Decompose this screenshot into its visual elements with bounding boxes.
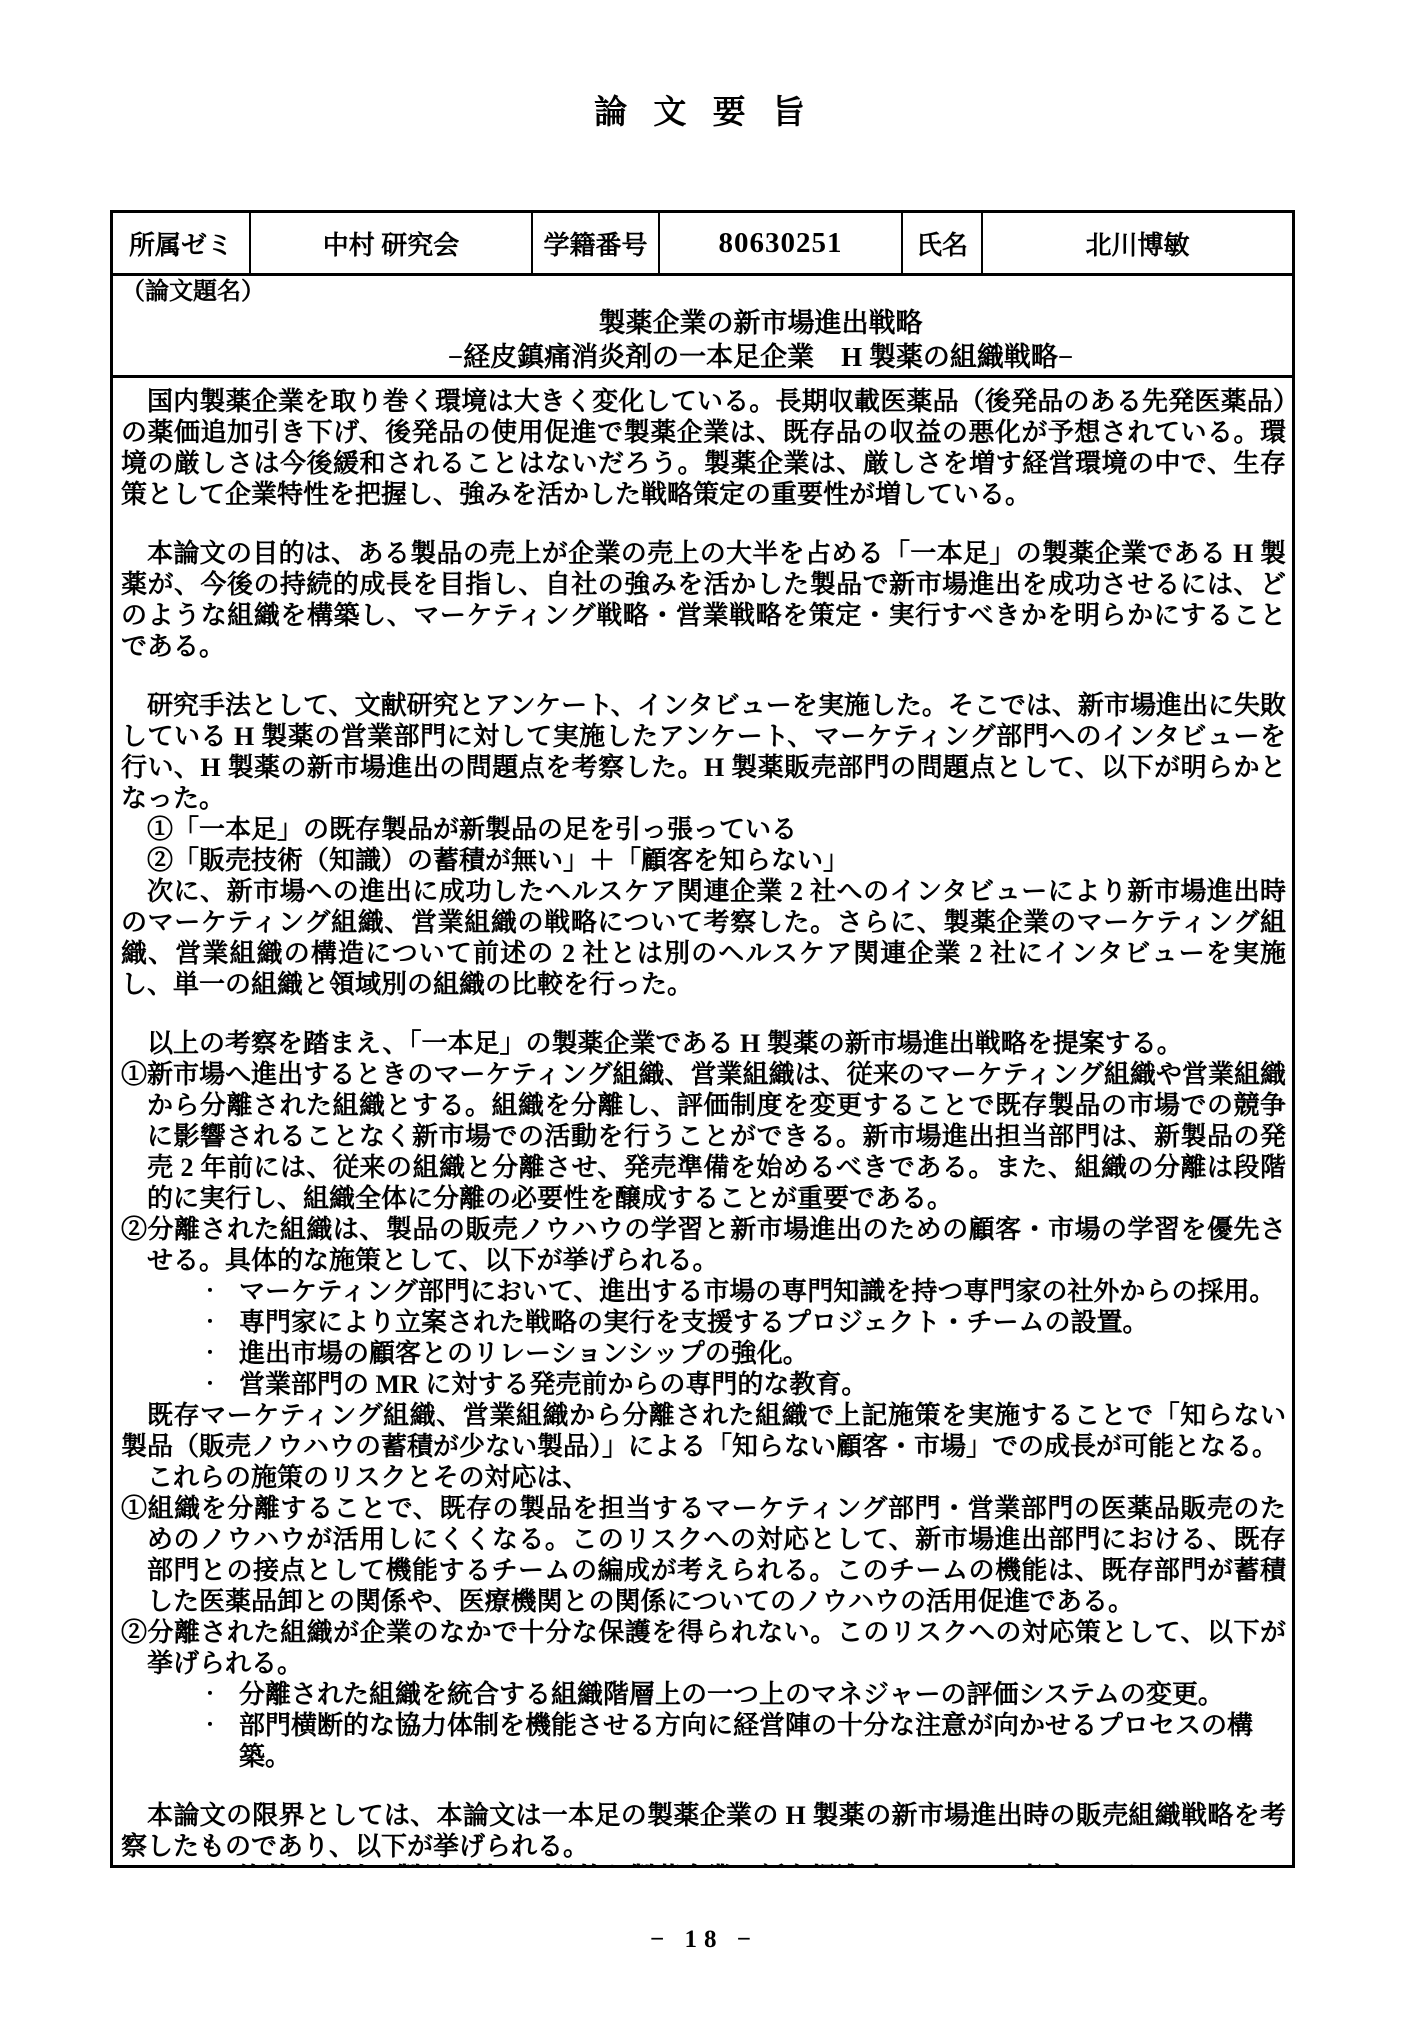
bullet-text: 進出市場の顧客とのリレーションシップの強化。 — [239, 1338, 1286, 1369]
name-value: 北川博敏 — [983, 213, 1292, 273]
abstract-paragraph: ・営業部門の MR に対する発売前からの専門的な教育。 — [201, 1369, 1286, 1400]
abstract-paragraph: ・専門家により立案された戦略の実行を支援するプロジェクト・チームの設置。 — [201, 1307, 1286, 1338]
bullet-marker: ・ — [201, 1338, 239, 1369]
abstract-paragraph: ①組織を分離することで、既存の製品を担当するマーケティング部門・営業部門の医薬品… — [121, 1493, 1286, 1617]
thesis-title: 製薬企業の新市場進出戦略 −経皮鎮痛消炎剤の一本足企業 H 製薬の組織戦略− — [179, 306, 1342, 374]
abstract-paragraph: ①新市場へ進出するときのマーケティング組織、営業組織は、従来のマーケティング組織… — [121, 1059, 1286, 1214]
abstract-body: 国内製薬企業を取り巻く環境は大きく変化している。長期収載医薬品（後発品のある先発… — [113, 378, 1292, 1865]
abstract-paragraph: 本論文の限界としては、本論文は一本足の製薬企業の H 製薬の新市場進出時の販売組… — [121, 1800, 1286, 1862]
thesis-title-section-label: （論文題名） — [121, 279, 1284, 306]
bullet-text: 専門家により立案された戦略の実行を支援するプロジェクト・チームの設置。 — [239, 1307, 1286, 1338]
bullet-marker: ・ — [201, 1307, 239, 1338]
abstract-paragraph: 本論文の目的は、ある製品の売上が企業の売上の大半を占める「一本足」の製薬企業であ… — [121, 538, 1286, 662]
header-row: 所属ゼミ 中村 研究会 学籍番号 80630251 氏名 北川博敏 — [113, 213, 1292, 276]
abstract-paragraph: ②分離された組織が企業のなかで十分な保護を得られない。このリスクへの対応策として… — [121, 1617, 1286, 1679]
bullet-text: 部門横断的な協力体制を機能させる方向に経営陣の十分な注意が向かせるプロセスの構築… — [239, 1710, 1286, 1772]
blank-line — [121, 510, 1286, 538]
abstract-paragraph: ・複数の領域の製品を持つ一般的な製薬企業の新市場進出についての考察ではない。 — [201, 1862, 1286, 1865]
bullet-marker: ・ — [201, 1369, 239, 1400]
bullet-marker: ・ — [201, 1679, 239, 1710]
bullet-text: マーケティング部門において、進出する市場の専門知識を持つ専門家の社外からの採用。 — [239, 1276, 1286, 1307]
thesis-title-line2: −経皮鎮痛消炎剤の一本足企業 H 製薬の組織戦略− — [179, 340, 1342, 374]
abstract-paragraph: ・マーケティング部門において、進出する市場の専門知識を持つ専門家の社外からの採用… — [201, 1276, 1286, 1307]
thesis-title-line1: 製薬企業の新市場進出戦略 — [179, 306, 1342, 340]
blank-line — [121, 662, 1286, 690]
student-id-label: 学籍番号 — [533, 213, 660, 273]
abstract-paragraph: 研究手法として、文献研究とアンケート、インタビューを実施した。そこでは、新市場進… — [121, 690, 1286, 814]
bullet-text: 分離された組織を統合する組織階層上の一つ上のマネジャーの評価システムの変更。 — [239, 1679, 1286, 1710]
blank-line — [121, 1000, 1286, 1028]
abstract-table: 所属ゼミ 中村 研究会 学籍番号 80630251 氏名 北川博敏 （論文題名）… — [110, 210, 1295, 1868]
abstract-paragraph: 次に、新市場への進出に成功したヘルスケア関連企業 2 社へのインタビューにより新… — [121, 876, 1286, 1000]
student-id-value: 80630251 — [660, 213, 903, 273]
abstract-paragraph: ①「一本足」の既存製品が新製品の足を引っ張っている — [121, 814, 1286, 845]
bullet-text: 営業部門の MR に対する発売前からの専門的な教育。 — [239, 1369, 1286, 1400]
abstract-paragraph: ・部門横断的な協力体制を機能させる方向に経営陣の十分な注意が向かせるプロセスの構… — [201, 1710, 1286, 1772]
abstract-paragraph: 既存マーケティング組織、営業組織から分離された組織で上記施策を実施することで「知… — [121, 1400, 1286, 1462]
page-title: 論 文 要 旨 — [0, 86, 1408, 133]
document-page: { "page": { "title": "論 文 要 旨", "page_nu… — [0, 0, 1408, 2023]
abstract-paragraph: ②分離された組織は、製品の販売ノウハウの学習と新市場進出のための顧客・市場の学習… — [121, 1214, 1286, 1276]
bullet-marker: ・ — [201, 1862, 239, 1865]
abstract-paragraph: ・分離された組織を統合する組織階層上の一つ上のマネジャーの評価システムの変更。 — [201, 1679, 1286, 1710]
bullet-marker: ・ — [201, 1276, 239, 1307]
blank-line — [121, 1772, 1286, 1800]
abstract-paragraph: これらの施策のリスクとその対応は、 — [121, 1462, 1286, 1493]
bullet-marker: ・ — [201, 1710, 239, 1772]
page-number: − 18 − — [0, 1926, 1408, 1954]
abstract-paragraph: 国内製薬企業を取り巻く環境は大きく変化している。長期収載医薬品（後発品のある先発… — [121, 386, 1286, 510]
seminar-value: 中村 研究会 — [251, 213, 533, 273]
seminar-label: 所属ゼミ — [113, 213, 251, 273]
abstract-paragraph: ・進出市場の顧客とのリレーションシップの強化。 — [201, 1338, 1286, 1369]
abstract-paragraph: ②「販売技術（知識）の蓄積が無い」＋「顧客を知らない」 — [121, 845, 1286, 876]
bullet-text: 複数の領域の製品を持つ一般的な製薬企業の新市場進出についての考察ではない。 — [239, 1862, 1286, 1865]
thesis-title-section: （論文題名） 製薬企業の新市場進出戦略 −経皮鎮痛消炎剤の一本足企業 H 製薬の… — [113, 276, 1292, 378]
abstract-paragraph: 以上の考察を踏まえ、「一本足」の製薬企業である H 製薬の新市場進出戦略を提案す… — [121, 1028, 1286, 1059]
name-label: 氏名 — [903, 213, 983, 273]
